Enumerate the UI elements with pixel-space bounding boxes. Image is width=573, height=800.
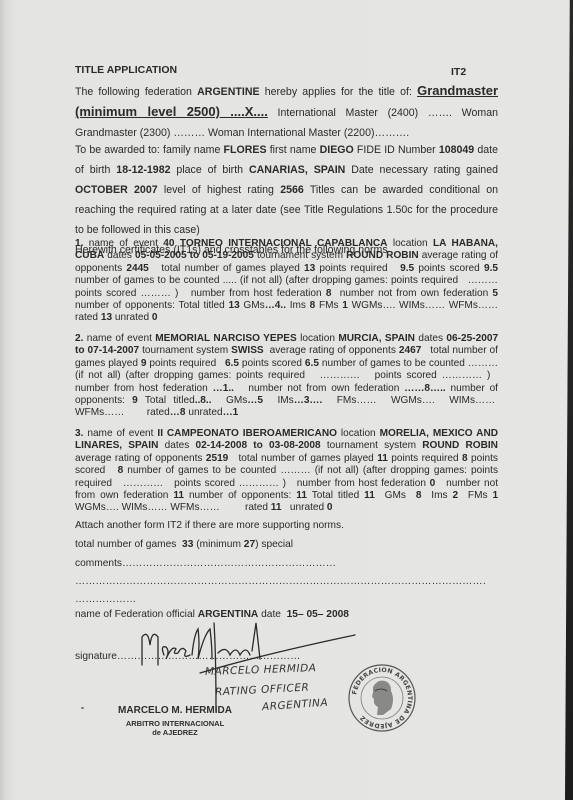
label: location — [341, 428, 376, 439]
label-fide-id: FIDE ID Number — [357, 144, 436, 156]
points-scored: 8 — [118, 465, 124, 476]
total-titled: ..8.. — [195, 395, 212, 406]
label: tournament system — [257, 250, 343, 261]
comments-dots-line: …………………………………………………………………………………………………………… — [75, 576, 485, 587]
label: rated — [75, 312, 98, 323]
fms-count: 1 — [342, 300, 348, 311]
label: number of games to be counted — [322, 358, 465, 369]
label-highest-rating: level of highest rating — [164, 184, 274, 196]
gms-count: 8 — [416, 490, 422, 501]
label: rated — [147, 407, 170, 418]
fms-count: …… — [356, 395, 376, 406]
points-required: 6.5 — [225, 358, 239, 369]
games-counted: ..... — [223, 275, 237, 286]
label-rating-date: Date necessary rating gained — [351, 164, 498, 176]
norm-number: 1. — [75, 238, 83, 249]
label: unrated — [188, 407, 222, 418]
total-games-line: total number of games 33 (minimum 27) sp… — [75, 539, 293, 550]
label: name of event — [87, 333, 152, 344]
label: number not from own federation — [248, 383, 399, 394]
label: Total titled — [145, 395, 195, 406]
label: points scored — [75, 288, 136, 299]
games-played: 9 — [141, 358, 147, 369]
from-host-federation: 0 — [430, 478, 436, 489]
label: points scored — [375, 370, 437, 381]
date-of-birth: 18-12-1982 — [116, 164, 170, 176]
document-title: TITLE APPLICATION — [75, 64, 177, 76]
label: (if not all) (after dropping games: poin… — [75, 370, 305, 381]
family-name: FLORES — [224, 144, 267, 156]
points-scored: 6.5 — [305, 358, 319, 369]
federation-name: ARGENTINE — [197, 86, 259, 98]
label: FMs — [337, 395, 357, 406]
label: number of opponents: — [189, 490, 291, 501]
unrated-count: 0 — [152, 312, 158, 323]
drop-points-required: ………… — [320, 370, 360, 381]
label: points scored — [418, 263, 479, 274]
comments-line: comments……………………………………………………… — [75, 558, 336, 569]
first-name: DIEGO — [320, 144, 354, 156]
event-name: II CAMPEONATO IBEROAMERICANO — [157, 428, 337, 439]
average-rating: 2445 — [126, 263, 148, 274]
label: dates — [418, 333, 443, 344]
games-counted: ……… — [280, 465, 310, 476]
federation-stamp-icon: FEDERACION ARGENTINA DE AJEDREZ — [347, 663, 417, 733]
tournament-system: SWISS — [231, 345, 264, 356]
label: WGMs — [352, 300, 383, 311]
total-games: 33 — [182, 539, 193, 550]
games-counted: ……… — [468, 358, 498, 369]
opponents-count: 9 — [132, 395, 138, 406]
intro-prefix: The following federation — [75, 86, 192, 98]
average-rating: 2519 — [206, 453, 228, 464]
gms-count: …5 — [247, 395, 263, 406]
label: GMs — [243, 300, 264, 311]
points-required: 8 — [462, 453, 468, 464]
label: tournament system — [327, 440, 416, 451]
rated-count: …8 — [170, 407, 186, 418]
games-played: 11 — [377, 453, 388, 464]
event-location: MURCIA, SPAIN — [338, 333, 415, 344]
norm-3: 3. name of event II CAMPEONATO IBEROAMER… — [75, 428, 498, 515]
label: WIMs — [122, 502, 148, 513]
label: ) — [283, 478, 286, 489]
label: average rating of opponents — [270, 345, 396, 356]
from-host-federation: 8 — [326, 288, 332, 299]
label: WFMs — [75, 407, 104, 418]
intro-mid: hereby applies for the title of: — [265, 86, 412, 98]
rated-count: 11 — [271, 502, 282, 513]
label: total number of games — [75, 539, 176, 550]
label: number of opponents: — [75, 300, 175, 311]
official-title-line1: ARBITRO INTERNACIONAL — [100, 719, 250, 728]
ims-count: 2 — [452, 490, 458, 501]
rated-count: 13 — [101, 312, 112, 323]
norm-1: 1. name of event 40 TORNEO INTERNACIONAL… — [75, 238, 498, 325]
label: unrated — [115, 312, 149, 323]
label: WFMs — [449, 300, 478, 311]
label: IMs — [277, 395, 293, 406]
drop-points-scored: ………… — [442, 370, 487, 381]
attach-note: Attach another form IT2 if there are mor… — [75, 520, 344, 531]
wims-count: …… — [147, 502, 167, 513]
event-name: 40 TORNEO INTERNACIONAL CAPABLANCA — [163, 238, 387, 249]
label: points required — [391, 453, 458, 464]
opponents-count: 11 — [296, 490, 307, 501]
not-own-federation: ……8….. — [404, 383, 446, 394]
points-required: 9.5 — [400, 263, 414, 274]
title-request-paragraph: The following federation ARGENTINE hereb… — [75, 81, 498, 143]
label: number of games to be counted — [127, 465, 276, 476]
fms-count: 1 — [492, 490, 498, 501]
label: Ims — [431, 490, 447, 501]
label: rated — [245, 502, 268, 513]
minimum-games: 27 — [244, 539, 255, 550]
label: location — [393, 238, 428, 249]
label: (minimum — [196, 539, 241, 550]
wgms-count: …. — [382, 300, 395, 311]
label: FMs — [468, 490, 488, 501]
drop-points-scored: ………… — [239, 478, 283, 489]
label: number not from own federation — [340, 288, 488, 299]
label-first-name: first name — [270, 144, 317, 156]
tournament-system: ROUND ROBIN — [346, 250, 419, 261]
unrated-count: …1 — [223, 407, 239, 418]
scan-speck — [81, 707, 84, 709]
from-host-federation: …1.. — [213, 383, 234, 394]
ims-count: …3…. — [294, 395, 323, 406]
form-code: IT2 — [451, 66, 466, 78]
drop-points-required: ……… — [468, 275, 498, 286]
label: points required — [319, 263, 387, 274]
event-name: MEMORIAL NARCISO YEPES — [155, 333, 297, 344]
label: WIMs — [399, 300, 425, 311]
label-family-name: To be awarded to: family name — [75, 144, 220, 156]
label: total number of games played — [161, 263, 299, 274]
wfms-count: …… — [200, 502, 220, 513]
label: tournament system — [142, 345, 228, 356]
official-title-line2: de AJEDREZ — [100, 728, 250, 737]
average-rating: 2467 — [399, 345, 421, 356]
not-own-federation: 11 — [173, 490, 184, 501]
label: average rating of opponents — [75, 453, 202, 464]
games-played: 13 — [304, 263, 315, 274]
label: ) — [175, 288, 178, 299]
norm-number: 3. — [75, 428, 83, 439]
label: dates — [165, 440, 190, 451]
label: ) special — [255, 539, 293, 550]
label: WFMs — [170, 502, 199, 513]
official-printed-name: MARCELO M. HERMIDA — [100, 705, 250, 716]
label: name of event — [89, 238, 158, 249]
total-titled: 13 — [228, 300, 239, 311]
ims-count: 8 — [310, 300, 316, 311]
rating-date: OCTOBER 2007 — [75, 184, 158, 196]
points-scored: 9.5 — [484, 263, 498, 274]
unrated-count: 0 — [327, 502, 333, 513]
drop-points-required: ………… — [123, 478, 163, 489]
highest-rating: 2566 — [280, 184, 304, 196]
label: points required — [149, 358, 216, 369]
wgms-count: …. — [106, 502, 119, 513]
label: WGMs — [391, 395, 422, 406]
place-of-birth: CANARIAS, SPAIN — [249, 164, 345, 176]
label: points scored — [174, 478, 235, 489]
gms-count: …4.. — [265, 300, 286, 311]
wfms-count: …… — [478, 300, 498, 311]
fide-id: 108049 — [439, 144, 474, 156]
label: number of games to be counted — [75, 275, 219, 286]
label: FMs — [319, 300, 339, 311]
label: number from host federation — [191, 288, 322, 299]
drop-points-scored: ……… — [141, 288, 175, 299]
label: location — [300, 333, 335, 344]
label: number from host federation — [297, 478, 426, 489]
label: Total titled — [312, 490, 360, 501]
event-dates: 02-14-2008 to 03-08-2008 — [195, 440, 320, 451]
not-own-federation: 5 — [492, 288, 498, 299]
official-name-block: MARCELO M. HERMIDA ARBITRO INTERNACIONAL… — [100, 705, 250, 737]
label: unrated — [290, 502, 324, 513]
label: ) — [487, 370, 490, 381]
label: points scored — [242, 358, 302, 369]
event-dates: 05-05-2005 to 05-19-2005 — [135, 250, 254, 261]
label: number from host federation — [75, 383, 208, 394]
wgms-count: …. — [422, 395, 435, 406]
label: GMs — [385, 490, 406, 501]
tournament-system: ROUND ROBIN — [422, 440, 498, 451]
wfms-count: …… — [104, 407, 124, 418]
label: name of event — [87, 428, 153, 439]
comments-dots-short: ……………… — [75, 594, 136, 605]
label: WIMs — [449, 395, 475, 406]
label: GMs — [226, 395, 247, 406]
label: Total titled — [178, 300, 224, 311]
label: Ims — [290, 300, 306, 311]
total-titled: 11 — [364, 490, 375, 501]
label: WGMs — [75, 502, 106, 513]
label: (if not all) (after dropping games: poin… — [240, 275, 458, 286]
wims-count: …… — [425, 300, 445, 311]
label-pob: place of birth — [176, 164, 243, 176]
norm-2: 2. name of event MEMORIAL NARCISO YEPES … — [75, 333, 498, 420]
label: dates — [107, 250, 132, 261]
norm-number: 2. — [75, 333, 83, 344]
wims-count: …… — [475, 395, 495, 406]
label: total number of games played — [238, 453, 373, 464]
